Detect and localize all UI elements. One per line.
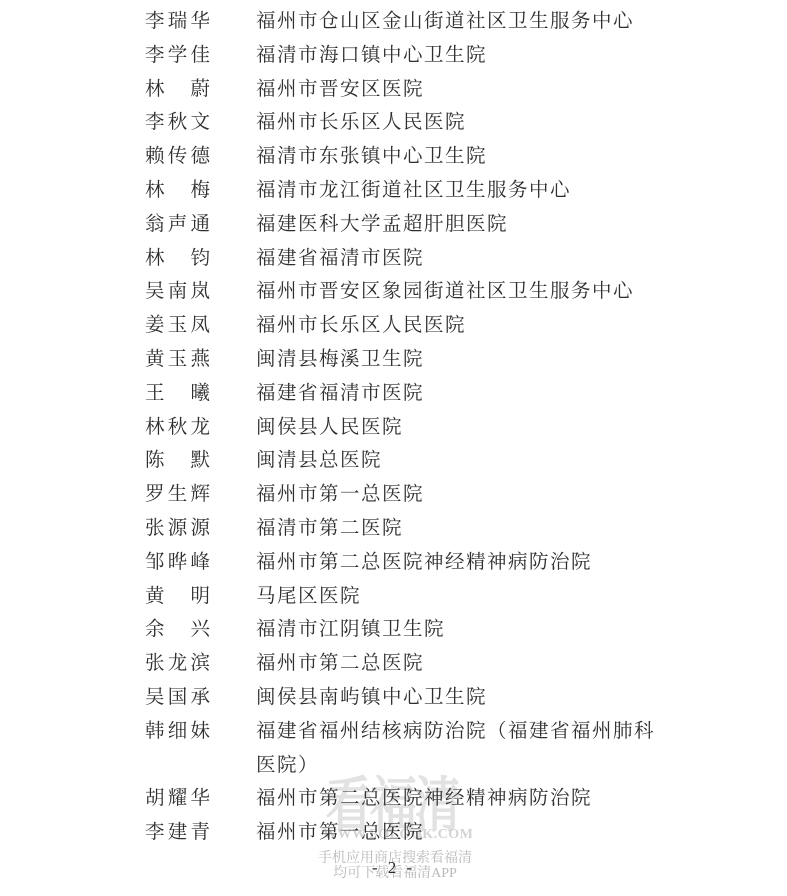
institution-name: 福州市仓山区金山街道社区卫生服务中心 [256,5,660,39]
person-name: 吴南岚 [145,275,210,309]
table-row: 林钧 福建省福清市医院 [145,242,660,276]
person-name: 林梅 [145,174,210,208]
institution-name: 福建省福清市医院 [256,242,660,276]
table-row: 王曦 福建省福清市医院 [145,377,660,411]
institution-name: 福州市晋安区象园街道社区卫生服务中心 [256,275,660,309]
person-name: 余兴 [145,613,210,647]
institution-name: 福州市晋安区医院 [256,73,660,107]
person-name: 张源源 [145,512,210,546]
table-row: 张源源 福清市第二医院 [145,512,660,546]
page-number: - 2 - [0,858,787,878]
table-row: 李秋文 福州市长乐区人民医院 [145,106,660,140]
institution-name: 闽清县总医院 [256,444,660,478]
document-page: 看福清 WWW.FOLOOK.COM 手机应用商店搜索看福清 均可下载看福清AP… [0,0,787,896]
person-name: 林秋龙 [145,411,210,445]
table-row: 吴南岚 福州市晋安区象园街道社区卫生服务中心 [145,275,660,309]
person-name: 王曦 [145,377,210,411]
institution-name: 福清市东张镇中心卫生院 [256,140,660,174]
person-name: 罗生辉 [145,478,210,512]
roster-list: 李瑞华 福州市仓山区金山街道社区卫生服务中心 李学佳 福清市海口镇中心卫生院 林… [145,5,660,850]
person-name: 翁声通 [145,208,210,242]
institution-name: 闽清县梅溪卫生院 [256,343,660,377]
institution-name: 福建省福清市医院 [256,377,660,411]
person-name: 陈默 [145,444,210,478]
table-row: 林梅 福清市龙江街道社区卫生服务中心 [145,174,660,208]
institution-name: 福清市龙江街道社区卫生服务中心 [256,174,660,208]
table-row: 黄玉燕 闽清县梅溪卫生院 [145,343,660,377]
institution-name: 福清市第二医院 [256,512,660,546]
table-row: 吴国承 闽侯县南屿镇中心卫生院 [145,681,660,715]
institution-name: 马尾区医院 [256,580,660,614]
institution-name: 福州市第二总医院 [256,647,660,681]
person-name: 林钧 [145,242,210,276]
institution-name: 福清市海口镇中心卫生院 [256,39,660,73]
person-name: 黄玉燕 [145,343,210,377]
institution-name: 闽侯县南屿镇中心卫生院 [256,681,660,715]
person-name: 张龙滨 [145,647,210,681]
person-name: 邹晔峰 [145,546,210,580]
person-name: 李建青 [145,816,210,850]
person-name: 胡耀华 [145,782,210,816]
table-row: 李学佳 福清市海口镇中心卫生院 [145,39,660,73]
institution-name: 福州市长乐区人民医院 [256,309,660,343]
table-row: 胡耀华 福州市第二总医院神经精神病防治院 [145,782,660,816]
table-row: 张龙滨 福州市第二总医院 [145,647,660,681]
table-row: 李建青 福州市第一总医院 [145,816,660,850]
person-name: 韩细妹 [145,715,210,749]
table-row: 林秋龙 闽侯县人民医院 [145,411,660,445]
table-row: 姜玉凤 福州市长乐区人民医院 [145,309,660,343]
table-row: 林蔚 福州市晋安区医院 [145,73,660,107]
institution-name: 福州市第二总医院神经精神病防治院 [256,782,660,816]
institution-name: 福州市第二总医院神经精神病防治院 [256,546,660,580]
person-name: 林蔚 [145,73,210,107]
institution-name: 福建医科大学孟超肝胆医院 [256,208,660,242]
table-row: 李瑞华 福州市仓山区金山街道社区卫生服务中心 [145,5,660,39]
table-row: 韩细妹 福建省福州结核病防治院（福建省福州肺科医院） [145,715,660,783]
institution-name: 福州市第一总医院 [256,816,660,850]
institution-name: 福州市第一总医院 [256,478,660,512]
person-name: 吴国承 [145,681,210,715]
institution-name: 福建省福州结核病防治院（福建省福州肺科医院） [256,715,660,783]
person-name: 李秋文 [145,106,210,140]
institution-name: 闽侯县人民医院 [256,411,660,445]
institution-name: 福清市江阴镇卫生院 [256,613,660,647]
table-row: 陈默 闽清县总医院 [145,444,660,478]
table-row: 黄明 马尾区医院 [145,580,660,614]
person-name: 赖传德 [145,140,210,174]
table-row: 罗生辉 福州市第一总医院 [145,478,660,512]
person-name: 李学佳 [145,39,210,73]
table-row: 邹晔峰 福州市第二总医院神经精神病防治院 [145,546,660,580]
table-row: 赖传德 福清市东张镇中心卫生院 [145,140,660,174]
person-name: 李瑞华 [145,5,210,39]
person-name: 姜玉凤 [145,309,210,343]
table-row: 翁声通 福建医科大学孟超肝胆医院 [145,208,660,242]
person-name: 黄明 [145,580,210,614]
table-row: 余兴 福清市江阴镇卫生院 [145,613,660,647]
institution-name: 福州市长乐区人民医院 [256,106,660,140]
